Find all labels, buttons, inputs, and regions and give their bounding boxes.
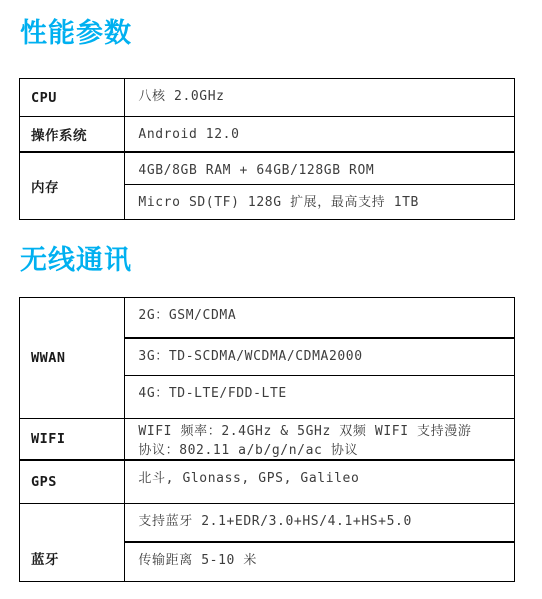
- section-title-performance: 性能参数: [20, 17, 542, 51]
- performance-table: CPU 八核 2.0GHz 操作系统 Android 12.0 内存 4GB/8…: [19, 78, 515, 220]
- spec-value-memory-sd-expand: Micro SD(TF) 128G 扩展，最高支持 1TB: [125, 185, 514, 219]
- spec-value-wwan-2g: 2G：GSM/CDMA: [125, 298, 514, 337]
- spec-value-memory-ram-rom: 4GB/8GB RAM + 64GB/128GB ROM: [125, 153, 514, 184]
- spec-label-wwan: WWAN: [20, 298, 124, 418]
- spec-label-memory: 内存: [20, 153, 124, 219]
- spec-value-gps: 北斗, Glonass, GPS, Galileo: [125, 461, 514, 503]
- spec-document: 性能参数 CPU 八核 2.0GHz 操作系统 Android 12.0 内存 …: [0, 17, 542, 582]
- spec-value-wifi: WIFI 频率：2.4GHz & 5GHz 双频 WIFI 支持漫游 协议：80…: [125, 419, 514, 459]
- wireless-table: WWAN 2G：GSM/CDMA 3G：TD-SCDMA/WCDMA/CDMA2…: [19, 297, 515, 581]
- spec-value-wwan-4g: 4G：TD-LTE/FDD-LTE: [125, 376, 514, 418]
- spec-value-wwan-3g: 3G：TD-SCDMA/WCDMA/CDMA2000: [125, 339, 514, 375]
- spec-label-cpu: CPU: [20, 79, 124, 116]
- section-title-wireless: 无线通讯: [20, 244, 542, 278]
- spec-label-bluetooth: 蓝牙: [20, 504, 124, 580]
- spec-value-bluetooth-range: 传输距离 5-10 米: [125, 543, 514, 581]
- spec-label-wifi: WIFI: [20, 419, 124, 459]
- spec-label-os: 操作系统: [20, 117, 124, 151]
- spec-label-gps: GPS: [20, 461, 124, 503]
- spec-value-os: Android 12.0: [125, 117, 514, 151]
- spec-value-cpu: 八核 2.0GHz: [125, 79, 514, 116]
- spec-value-bluetooth-versions: 支持蓝牙 2.1+EDR/3.0+HS/4.1+HS+5.0: [125, 504, 514, 541]
